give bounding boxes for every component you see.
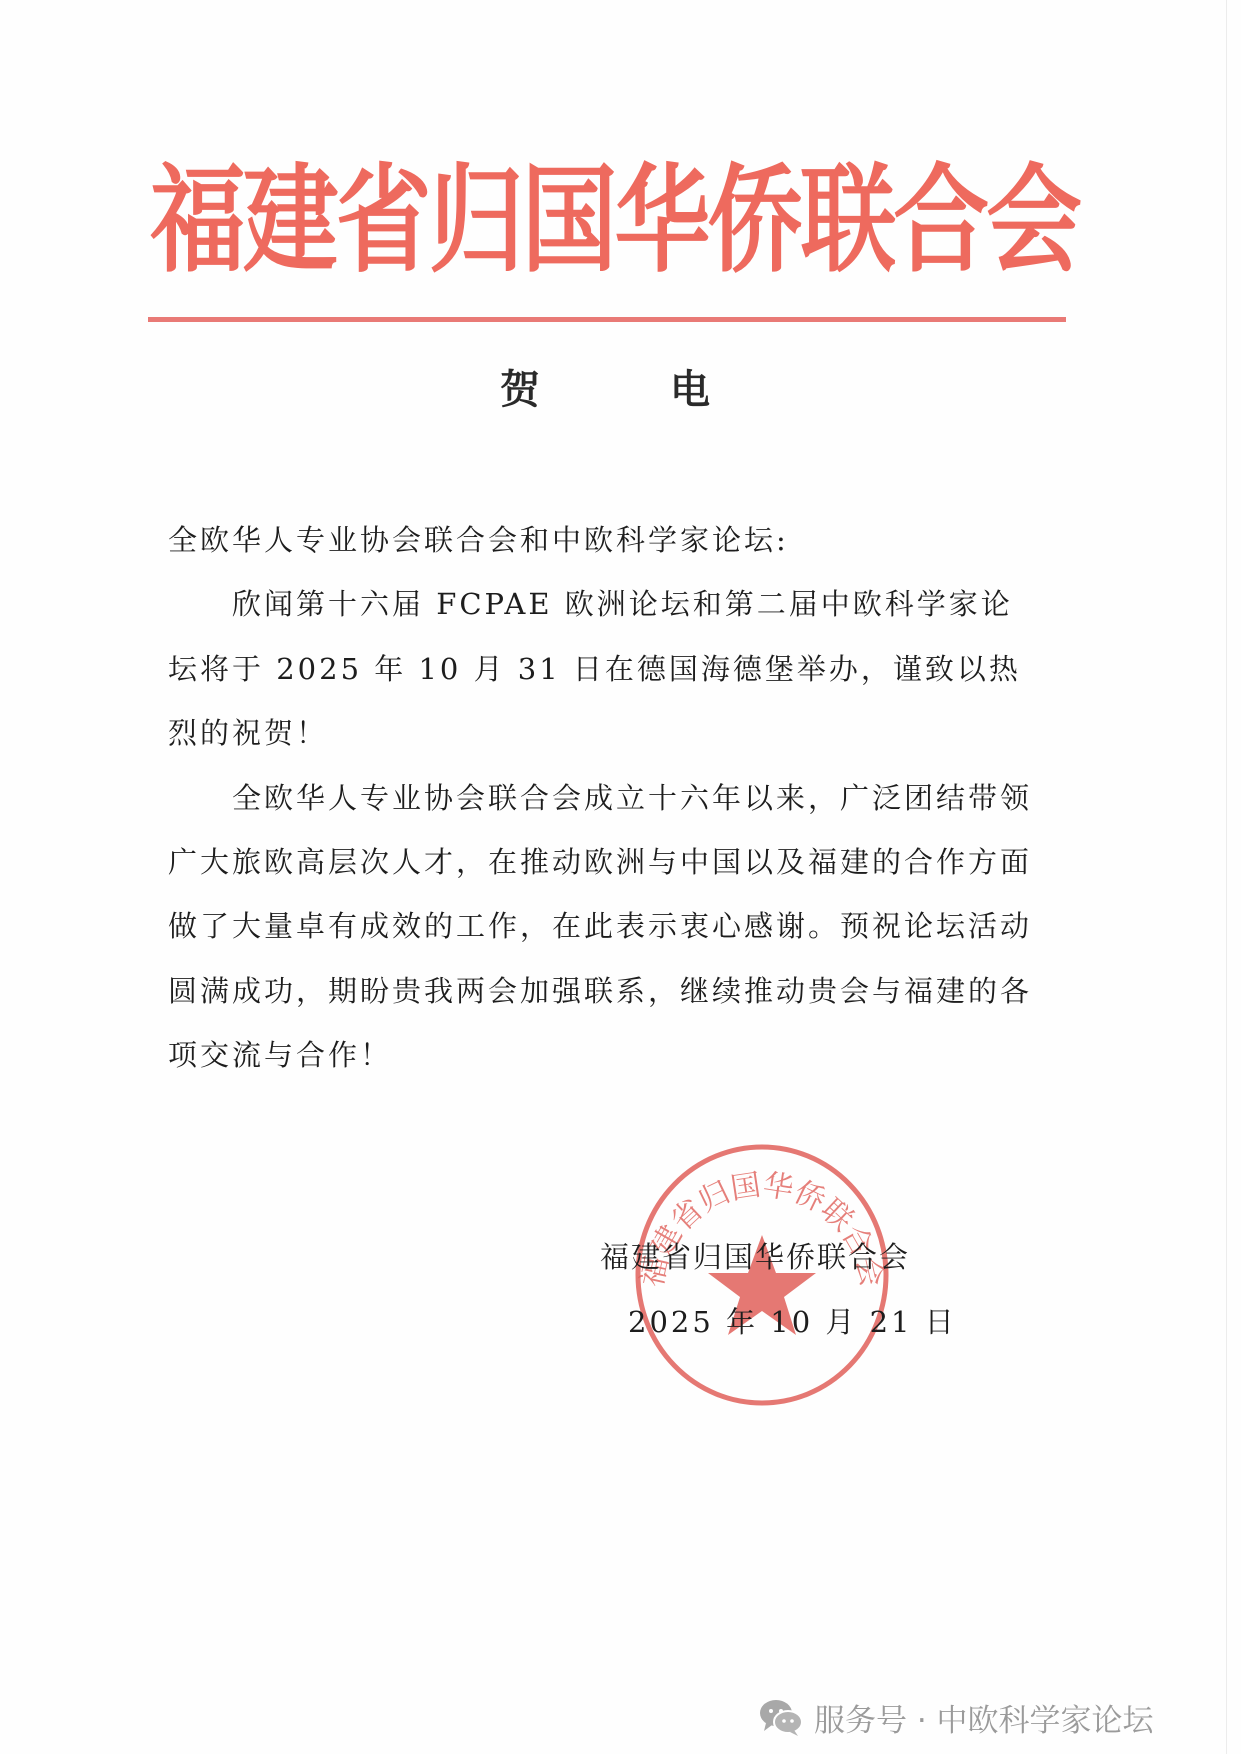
paragraph-1: 欣闻第十六届 FCPAE 欧洲论坛和第二届中欧科学家论坛将于 2025 年 10… [168,572,1038,765]
document-title-char-1: 贺 [500,365,540,415]
signature-organization: 福建省归国华侨联合会 [600,1232,930,1282]
letterhead-title: 福建省归国华侨联合会 [150,142,996,299]
signature-date: 2025 年 10 月 21 日 [628,1297,908,1347]
letterhead-divider [148,317,1066,322]
wechat-icon [758,1697,804,1737]
letter-page: 福建省归国华侨联合会 贺 电 全欧华人专业协会联合会和中欧科学家论坛: 欣闻第十… [0,0,1241,1754]
letter-body: 全欧华人专业协会联合会和中欧科学家论坛: 欣闻第十六届 FCPAE 欧洲论坛和第… [168,508,1038,1088]
watermark: 服务号 · 中欧科学家论坛 [758,1694,1154,1740]
page-edge [1226,0,1227,1754]
salutation: 全欧华人专业协会联合会和中欧科学家论坛: [168,508,1038,572]
document-title: 贺 电 [500,365,710,415]
watermark-text: 服务号 · 中欧科学家论坛 [814,1695,1154,1740]
paragraph-2: 全欧华人专业协会联合会成立十六年以来，广泛团结带领广大旅欧高层次人才，在推动欧洲… [168,766,1038,1088]
document-title-char-2: 电 [670,365,710,415]
